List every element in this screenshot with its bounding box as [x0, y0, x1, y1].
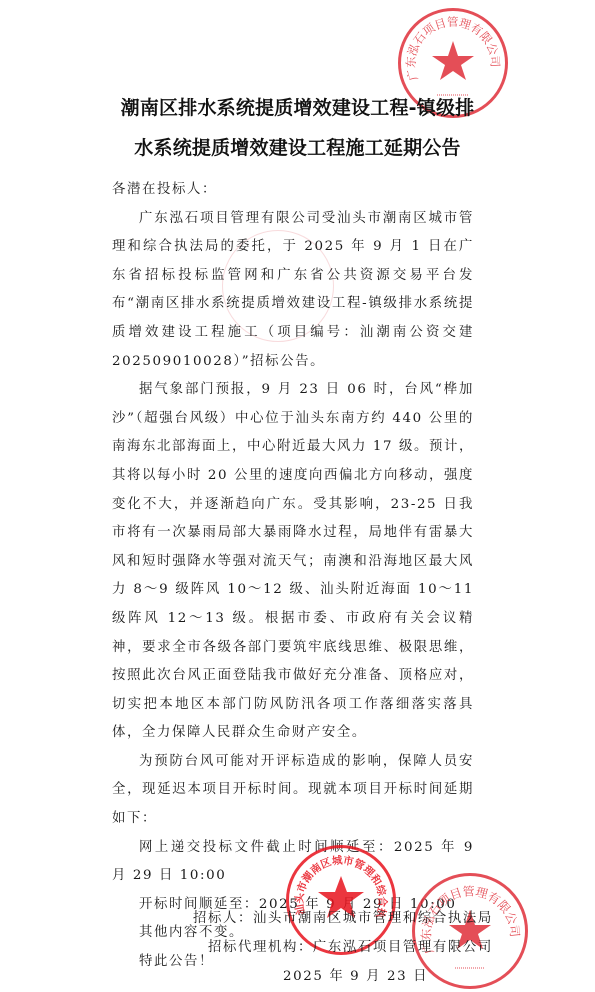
salutation: 各潜在投标人： [112, 176, 474, 205]
notice-title-line1: 潮南区排水系统提质增效建设工程-镇级排 [0, 93, 595, 120]
paragraph-background: 广东泓石项目管理有限公司受汕头市潮南区城市管理和综合执法局的委托，于 2025 … [112, 205, 474, 377]
paragraph-submission-deadline: 网上递交投标文件截止时间顺延至：2025 年 9 月 29 日 10:00 [112, 834, 474, 891]
notice-title-line2: 水系统提质增效建设工程施工延期公告 [0, 133, 595, 160]
agent-signature: 招标代理机构：广东泓石项目管理有限公司 [208, 936, 595, 955]
svg-text:广东泓石项目管理有限公司: 广东泓石项目管理有限公司 [404, 15, 502, 82]
paragraph-typhoon: 据气象部门预报，9 月 23 日 06 时，台风“桦加沙”（超强台风级）中心位于… [112, 376, 474, 748]
notice-date: 2025 年 9 月 23 日 [283, 965, 595, 984]
paragraph-delay-reason: 为预防台风可能对开评标造成的影响，保障人员安全，现延迟本项目开标时间。现就本项目… [112, 748, 474, 834]
notice-body: 各潜在投标人： 广东泓石项目管理有限公司受汕头市潮南区城市管理和综合执法局的委托… [112, 176, 474, 977]
tenderer-signature: 招标人：汕头市潮南区城市管理和综合执法局 [193, 907, 595, 926]
